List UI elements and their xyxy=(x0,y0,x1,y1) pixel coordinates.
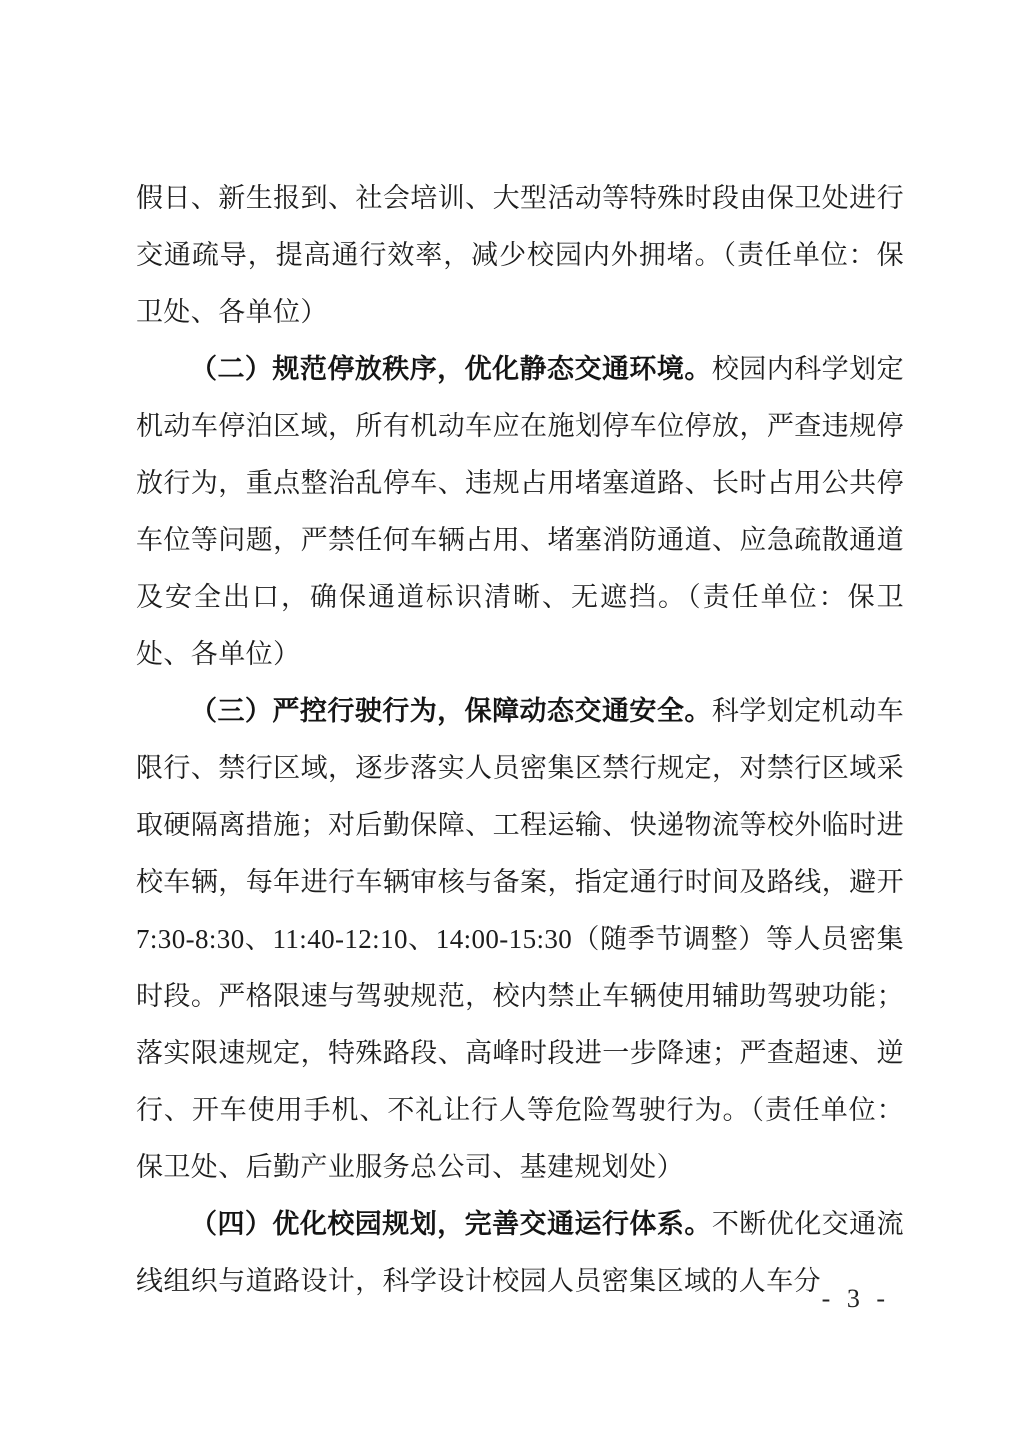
paragraph-continuation: 假日、新生报到、社会培训、大型活动等特殊时段由保卫处进行交通疏导，提高通行效率，… xyxy=(136,170,904,341)
document-body: 假日、新生报到、社会培训、大型活动等特殊时段由保卫处进行交通疏导，提高通行效率，… xyxy=(136,170,904,1310)
section-4-heading: （四）优化校园规划，完善交通运行体系。 xyxy=(190,1209,712,1239)
paragraph-section-3: （三）严控行驶行为，保障动态交通安全。科学划定机动车限行、禁行区域，逐步落实人员… xyxy=(136,683,904,1196)
section-2-heading: （二）规范停放秩序，优化静态交通环境。 xyxy=(190,354,712,384)
paragraph-text: 科学划定机动车限行、禁行区域，逐步落实人员密集区禁行规定，对禁行区域采取硬隔离措… xyxy=(136,696,904,1182)
document-page: 假日、新生报到、社会培训、大型活动等特殊时段由保卫处进行交通疏导，提高通行效率，… xyxy=(0,0,1024,1448)
paragraph-section-2: （二）规范停放秩序，优化静态交通环境。校园内科学划定机动车停泊区域，所有机动车应… xyxy=(136,341,904,683)
section-3-heading: （三）严控行驶行为，保障动态交通安全。 xyxy=(190,696,712,726)
paragraph-section-4: （四）优化校园规划，完善交通运行体系。不断优化交通流线组织与道路设计，科学设计校… xyxy=(136,1196,904,1310)
paragraph-text: 校园内科学划定机动车停泊区域，所有机动车应在施划停车位停放，严查违规停放行为，重… xyxy=(136,354,904,669)
paragraph-text: 假日、新生报到、社会培训、大型活动等特殊时段由保卫处进行交通疏导，提高通行效率，… xyxy=(136,183,904,327)
page-number: - 3 - xyxy=(822,1284,890,1314)
